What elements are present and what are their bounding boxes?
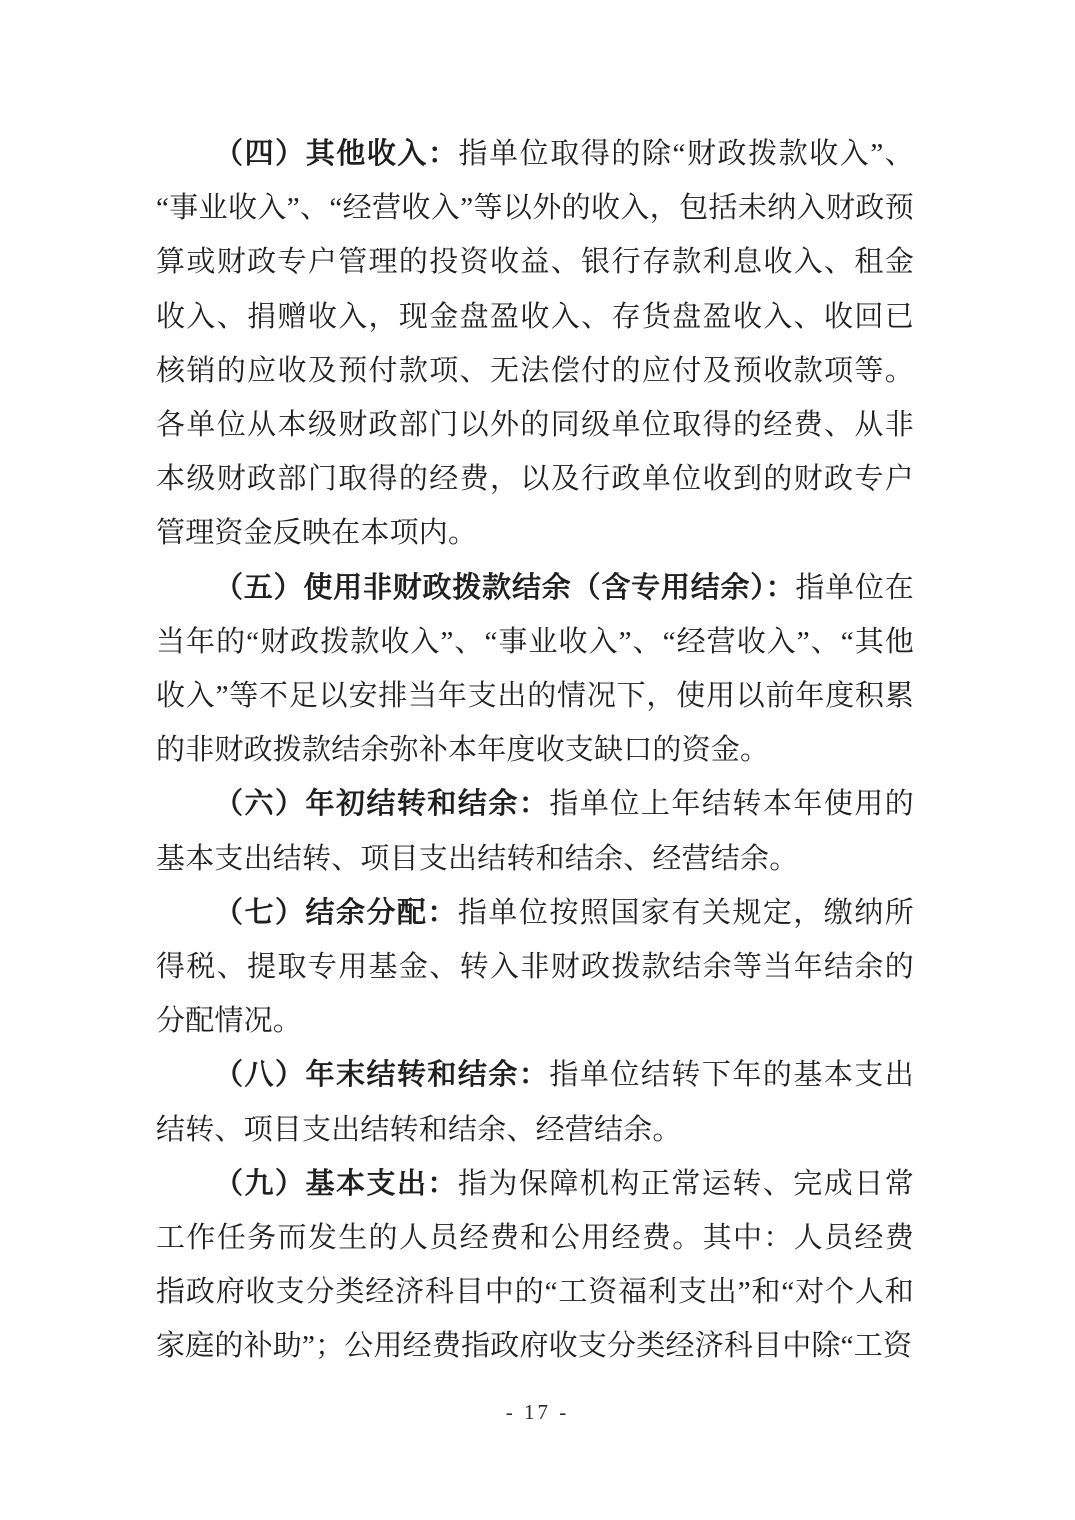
- document-page: （四）其他收入：指单位取得的除“财政拨款收入”、“事业收入”、“经营收入”等以外…: [0, 0, 1075, 1520]
- definition-paragraph-basic-expenditure: （九）基本支出：指为保障机构正常运转、完成日常工作任务而发生的人员经费和公用经费…: [156, 1157, 914, 1374]
- paragraph-heading: （七）结余分配：: [214, 897, 458, 929]
- paragraph-heading: （五）使用非财政拨款结余（含专用结余）：: [214, 572, 795, 604]
- paragraph-heading: （四）其他收入：: [214, 138, 459, 170]
- paragraph-heading: （八）年末结转和结余：: [214, 1059, 549, 1091]
- page-footer: - 17 -: [0, 1400, 1075, 1425]
- paragraph-heading: （九）基本支出：: [214, 1168, 458, 1200]
- definition-paragraph-non-fiscal-surplus: （五）使用非财政拨款结余（含专用结余）：指单位在当年的“财政拨款收入”、“事业收…: [156, 561, 914, 778]
- definition-paragraph-surplus-distribution: （七）结余分配：指单位按照国家有关规定，缴纳所得税、提取专用基金、转入非财政拨款…: [156, 886, 914, 1049]
- definition-paragraph-other-income: （四）其他收入：指单位取得的除“财政拨款收入”、“事业收入”、“经营收入”等以外…: [156, 127, 914, 561]
- definition-paragraph-year-end-carryover: （八）年末结转和结余：指单位结转下年的基本支出结转、项目支出结转和结余、经营结余…: [156, 1048, 914, 1156]
- paragraph-text: 指单位取得的除“财政拨款收入”、“事业收入”、“经营收入”等以外的收入，包括未纳…: [156, 138, 914, 549]
- paragraph-heading: （六）年初结转和结余：: [214, 788, 549, 820]
- document-body: （四）其他收入：指单位取得的除“财政拨款收入”、“事业收入”、“经营收入”等以外…: [156, 127, 914, 1374]
- page-number: - 17 -: [506, 1400, 570, 1424]
- definition-paragraph-beginning-year-carryover: （六）年初结转和结余：指单位上年结转本年使用的基本支出结转、项目支出结转和结余、…: [156, 777, 914, 885]
